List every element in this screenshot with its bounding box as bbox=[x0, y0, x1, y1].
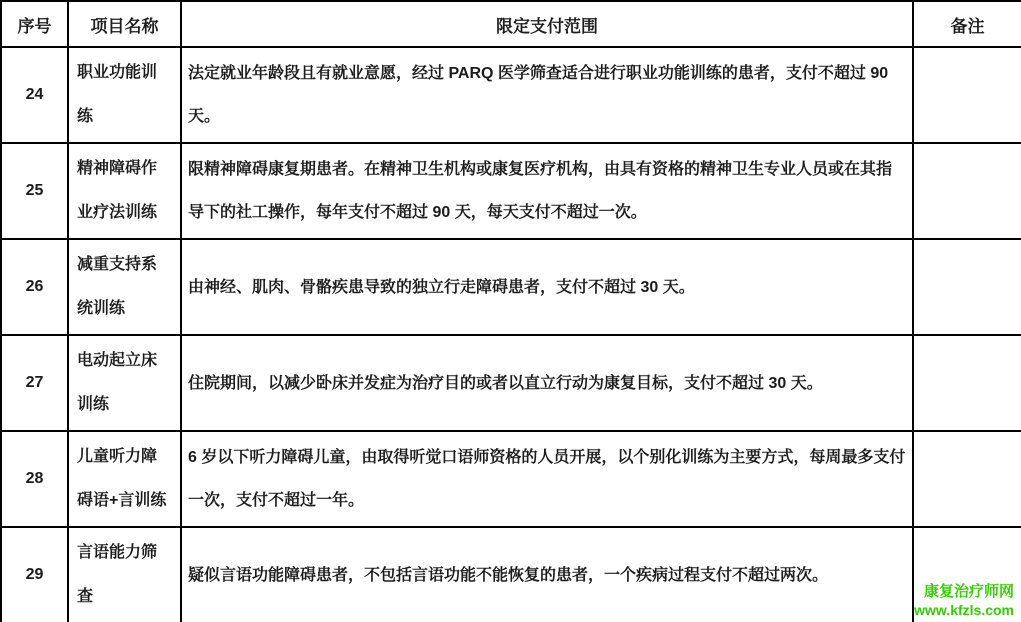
cell-payment-scope: 法定就业年龄段且有就业意愿，经过 PARQ 医学筛查适合进行职业功能训练的患者，… bbox=[181, 47, 913, 143]
cell-seq: 26 bbox=[1, 239, 68, 335]
col-header-note: 备注 bbox=[913, 1, 1021, 47]
cell-project-name: 精神障碍作业疗法训练 bbox=[68, 143, 181, 239]
cell-project-name: 减重支持系统训练 bbox=[68, 239, 181, 335]
cell-project-name: 职业功能训练 bbox=[68, 47, 181, 143]
cell-note bbox=[913, 143, 1021, 239]
document-page: 序号 项目名称 限定支付范围 备注 24 职业功能训练 法定就业年龄段且有就业意… bbox=[0, 0, 1021, 622]
cell-note bbox=[913, 431, 1021, 527]
table-row: 27 电动起立床训练 住院期间，以减少卧床并发症为治疗目的或者以直立行动为康复目… bbox=[1, 335, 1021, 431]
cell-payment-scope: 疑似言语功能障碍患者，不包括言语功能不能恢复的患者，一个疾病过程支付不超过两次。 bbox=[181, 527, 913, 622]
table-row: 28 儿童听力障碍语+言训练 6 岁以下听力障碍儿童，由取得听觉口语师资格的人员… bbox=[1, 431, 1021, 527]
cell-seq: 25 bbox=[1, 143, 68, 239]
cell-project-name: 儿童听力障碍语+言训练 bbox=[68, 431, 181, 527]
cell-payment-scope: 6 岁以下听力障碍儿童，由取得听觉口语师资格的人员开展，以个别化训练为主要方式，… bbox=[181, 431, 913, 527]
table-row: 26 减重支持系统训练 由神经、肌肉、骨骼疾患导致的独立行走障碍患者，支付不超过… bbox=[1, 239, 1021, 335]
watermark: 康复治疗师网 www.kfzls.com bbox=[914, 583, 1014, 619]
cell-project-name: 电动起立床训练 bbox=[68, 335, 181, 431]
col-header-seq: 序号 bbox=[1, 1, 68, 47]
cell-note bbox=[913, 239, 1021, 335]
col-header-scope: 限定支付范围 bbox=[181, 1, 913, 47]
table-row: 25 精神障碍作业疗法训练 限精神障碍康复期患者。在精神卫生机构或康复医疗机构，… bbox=[1, 143, 1021, 239]
cell-seq: 28 bbox=[1, 431, 68, 527]
cell-payment-scope: 由神经、肌肉、骨骼疾患导致的独立行走障碍患者，支付不超过 30 天。 bbox=[181, 239, 913, 335]
cell-payment-scope: 住院期间，以减少卧床并发症为治疗目的或者以直立行动为康复目标，支付不超过 30 … bbox=[181, 335, 913, 431]
cell-note bbox=[913, 335, 1021, 431]
col-header-name: 项目名称 bbox=[68, 1, 181, 47]
watermark-site-url: www.kfzls.com bbox=[914, 601, 1014, 619]
cell-note bbox=[913, 47, 1021, 143]
cell-seq: 24 bbox=[1, 47, 68, 143]
cell-seq: 27 bbox=[1, 335, 68, 431]
cell-seq: 29 bbox=[1, 527, 68, 622]
payment-scope-table: 序号 项目名称 限定支付范围 备注 24 职业功能训练 法定就业年龄段且有就业意… bbox=[0, 0, 1021, 622]
table-row: 24 职业功能训练 法定就业年龄段且有就业意愿，经过 PARQ 医学筛查适合进行… bbox=[1, 47, 1021, 143]
header-row: 序号 项目名称 限定支付范围 备注 bbox=[1, 1, 1021, 47]
watermark-site-name: 康复治疗师网 bbox=[914, 583, 1014, 601]
cell-payment-scope: 限精神障碍康复期患者。在精神卫生机构或康复医疗机构，由具有资格的精神卫生专业人员… bbox=[181, 143, 913, 239]
cell-project-name: 言语能力筛查 bbox=[68, 527, 181, 622]
table-row: 29 言语能力筛查 疑似言语功能障碍患者，不包括言语功能不能恢复的患者，一个疾病… bbox=[1, 527, 1021, 622]
